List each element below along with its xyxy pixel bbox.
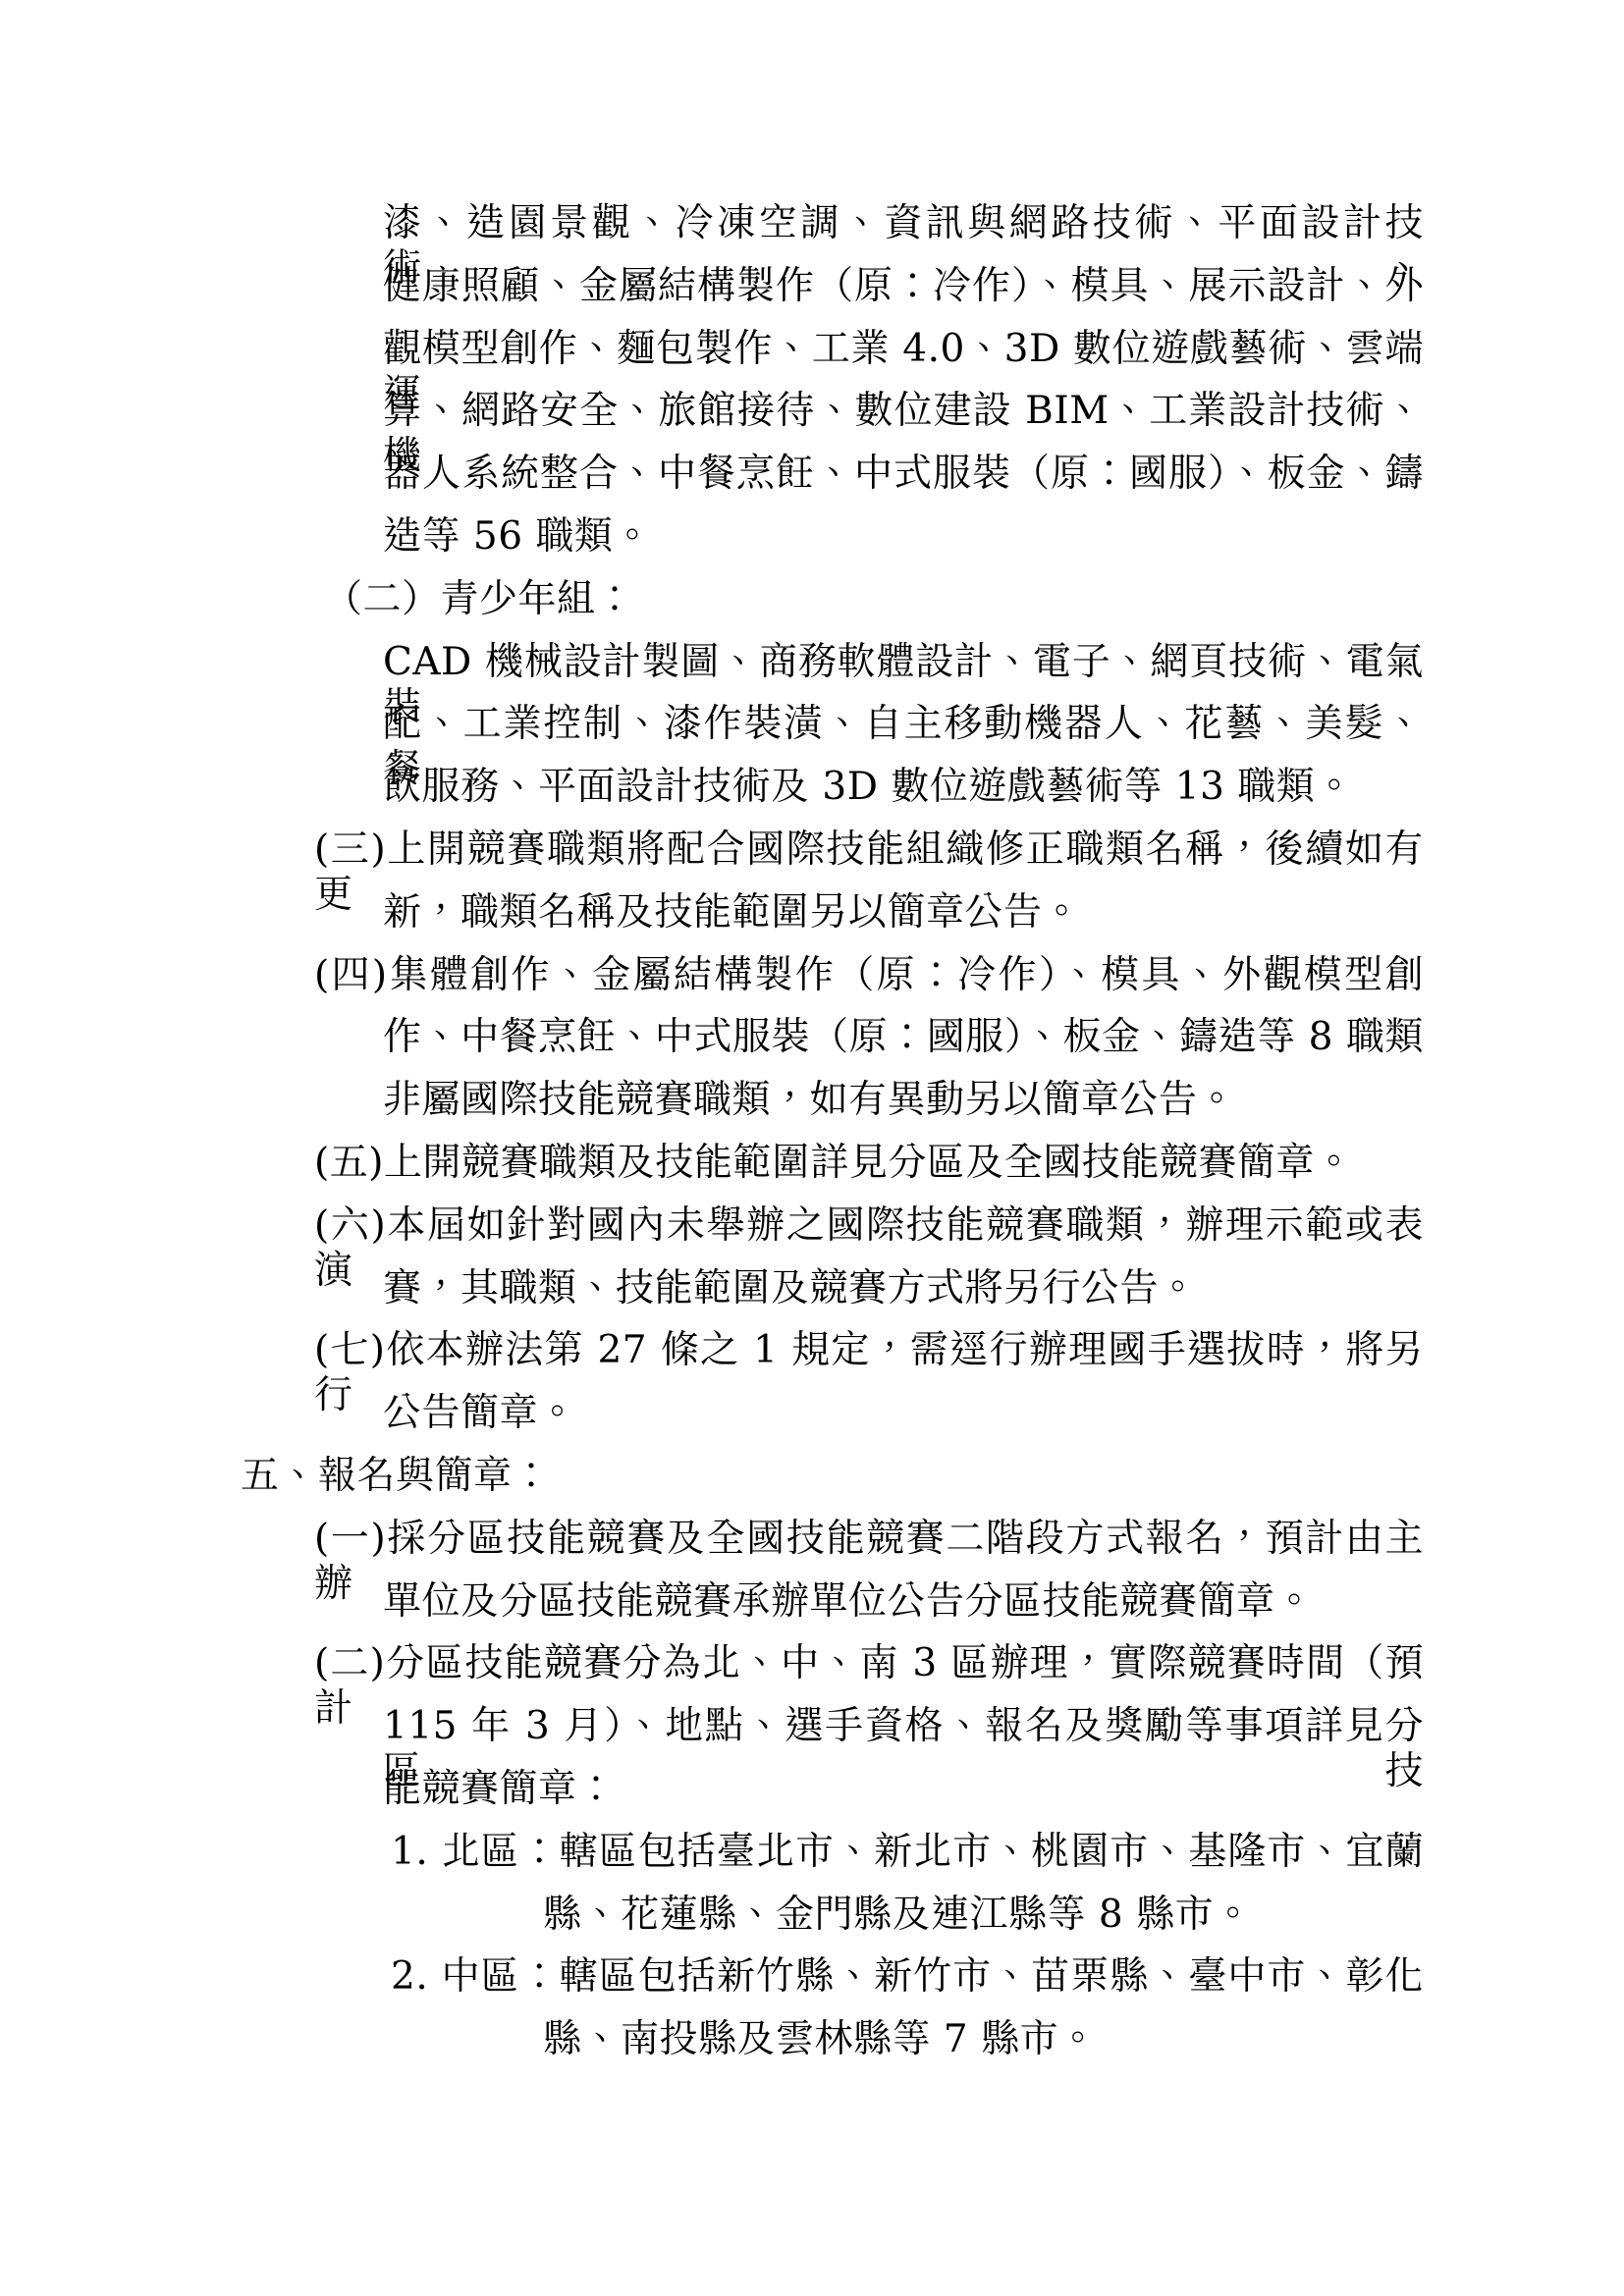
list-item-marker-line: （二）青少年組： — [324, 577, 634, 622]
text-line: 作、中餐烹飪、中式服裝（原：國服）、板金、鑄造等 8 職類 — [383, 1015, 1424, 1060]
text-line: 單位及分區技能競賽承辦單位公告分區技能競賽簡章。 — [383, 1579, 1314, 1625]
numbered-item-line: 1. 北區：轄區包括臺北市、新北市、桃園市、基隆市、宜蘭 — [391, 1830, 1424, 1875]
numbered-item-line: 2. 中區：轄區包括新竹縣、新竹市、苗栗縣、臺中市、彰化 — [391, 1954, 1424, 2000]
numbered-item-continuation-line: 縣、花蓮縣、金門縣及連江縣等 8 縣市。 — [543, 1893, 1253, 1938]
text-line: 飲服務、平面設計技術及 3D 數位遊戲藝術等 13 職類。 — [383, 765, 1354, 810]
text-line: 造等 56 職類。 — [383, 514, 652, 560]
list-item-marker-line: (五)上開競賽職類及技能範圍詳見分區及全國技能競賽簡章。 — [314, 1141, 1353, 1186]
text-line: 公告簡章。 — [383, 1391, 577, 1436]
text-line: 新，職類名稱及技能範圍另以簡章公告。 — [383, 890, 1081, 935]
list-item-marker-line: (四)集體創作、金屬結構製作（原：冷作）、模具、外觀模型創 — [314, 953, 1424, 998]
document-page: 漆、造園景觀、冷凍空調、資訊與網路技術、平面設計技術、 健康照顧、金屬結構製作（… — [0, 0, 1624, 2296]
text-line: 器人系統整合、中餐烹飪、中式服裝（原：國服）、板金、鑄 — [383, 452, 1424, 497]
text-line: 非屬國際技能競賽職類，如有異動另以簡章公告。 — [383, 1078, 1236, 1123]
section-heading-line: 五、報名與簡章： — [241, 1454, 551, 1499]
text-line: 健康照顧、金屬結構製作（原：冷作）、模具、展示設計、外 — [383, 264, 1424, 309]
text-line: 賽，其職類、技能範圍及競賽方式將另行公告。 — [383, 1266, 1198, 1311]
text-line: 能競賽簡章： — [383, 1767, 616, 1812]
numbered-item-continuation-line: 縣、南投縣及雲林縣等 7 縣市。 — [543, 2017, 1098, 2062]
